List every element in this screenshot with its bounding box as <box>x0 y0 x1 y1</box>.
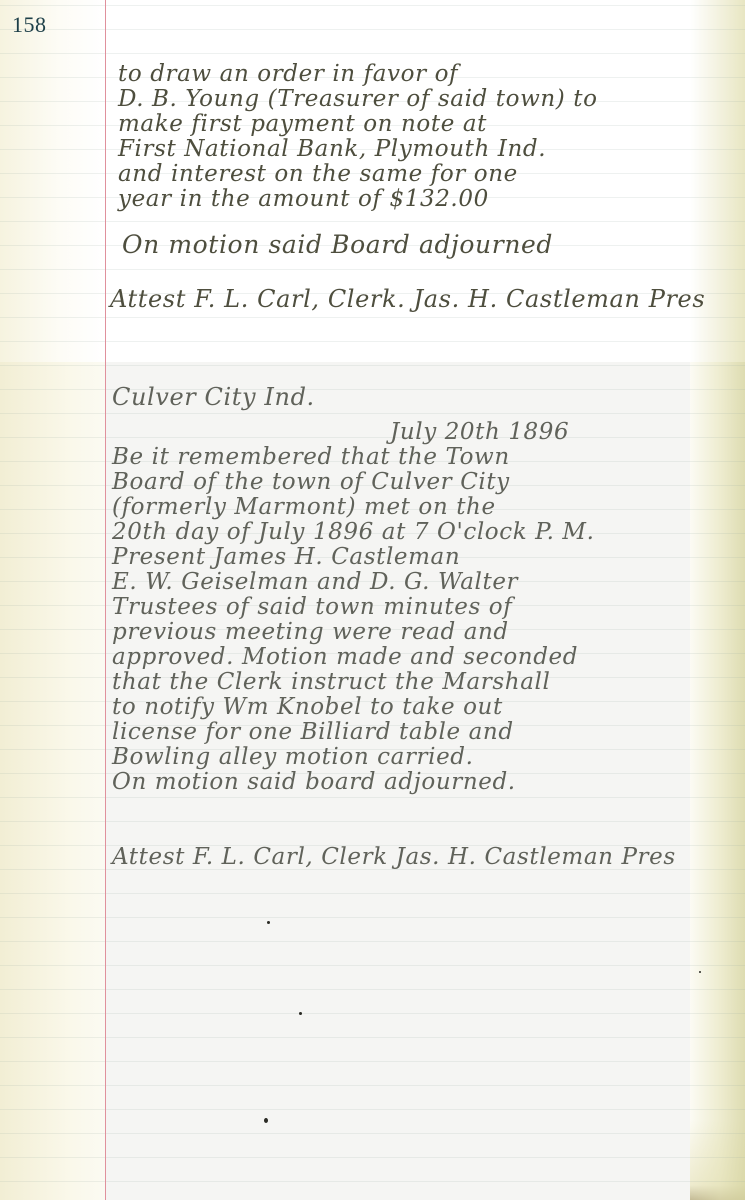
text-line: to notify Wm Knobel to take out <box>112 695 594 720</box>
text-line: and interest on the same for one <box>118 162 598 187</box>
text-line: year in the amount of $132.00 <box>118 187 598 212</box>
text-line: D. B. Young (Treasurer of said town) to <box>118 87 598 112</box>
text-line: Trustees of said town minutes of <box>112 595 594 620</box>
text-line: (formerly Marmont) met on the <box>112 495 594 520</box>
text-line: license for one Billiard table and <box>112 720 594 745</box>
text-line: make first payment on note at <box>118 112 598 137</box>
text-line: Board of the town of Culver City <box>112 470 594 495</box>
red-margin-line <box>105 0 106 1200</box>
text-line: to draw an order in favor of <box>118 62 598 87</box>
text-line: E. W. Geiselman and D. G. Walter <box>112 570 594 595</box>
page-number: 158 <box>12 12 47 38</box>
text-line: Be it remembered that the Town <box>112 445 594 470</box>
text-line: approved. Motion made and seconded <box>112 645 594 670</box>
entry-1-adjournment: On motion said Board adjourned <box>122 232 553 257</box>
entry-2-place: Culver City Ind. <box>112 385 315 410</box>
ink-speck <box>267 921 270 924</box>
text-line: 20th day of July 1896 at 7 O'clock P. M. <box>112 520 594 545</box>
text-line: that the Clerk instruct the Marshall <box>112 670 594 695</box>
ink-speck <box>699 971 701 973</box>
entry-2-attestation: Attest F. L. Carl, Clerk Jas. H. Castlem… <box>112 845 676 870</box>
entry-2-date: July 20th 1896 <box>112 420 594 445</box>
entry-2-body: July 20th 1896 Be it remembered that the… <box>112 420 594 795</box>
ink-speck <box>299 1012 302 1015</box>
entry-1-body: to draw an order in favor of D. B. Young… <box>118 62 598 212</box>
ink-speck <box>264 1118 268 1123</box>
text-line: Present James H. Castleman <box>112 545 594 570</box>
text-line: previous meeting were read and <box>112 620 594 645</box>
text-line: First National Bank, Plymouth Ind. <box>118 137 598 162</box>
ledger-page: 158 to draw an order in favor of D. B. Y… <box>0 0 745 1200</box>
text-line: Bowling alley motion carried. <box>112 745 594 770</box>
text-line: On motion said board adjourned. <box>112 770 594 795</box>
entry-1-attestation: Attest F. L. Carl, Clerk. Jas. H. Castle… <box>110 287 705 312</box>
